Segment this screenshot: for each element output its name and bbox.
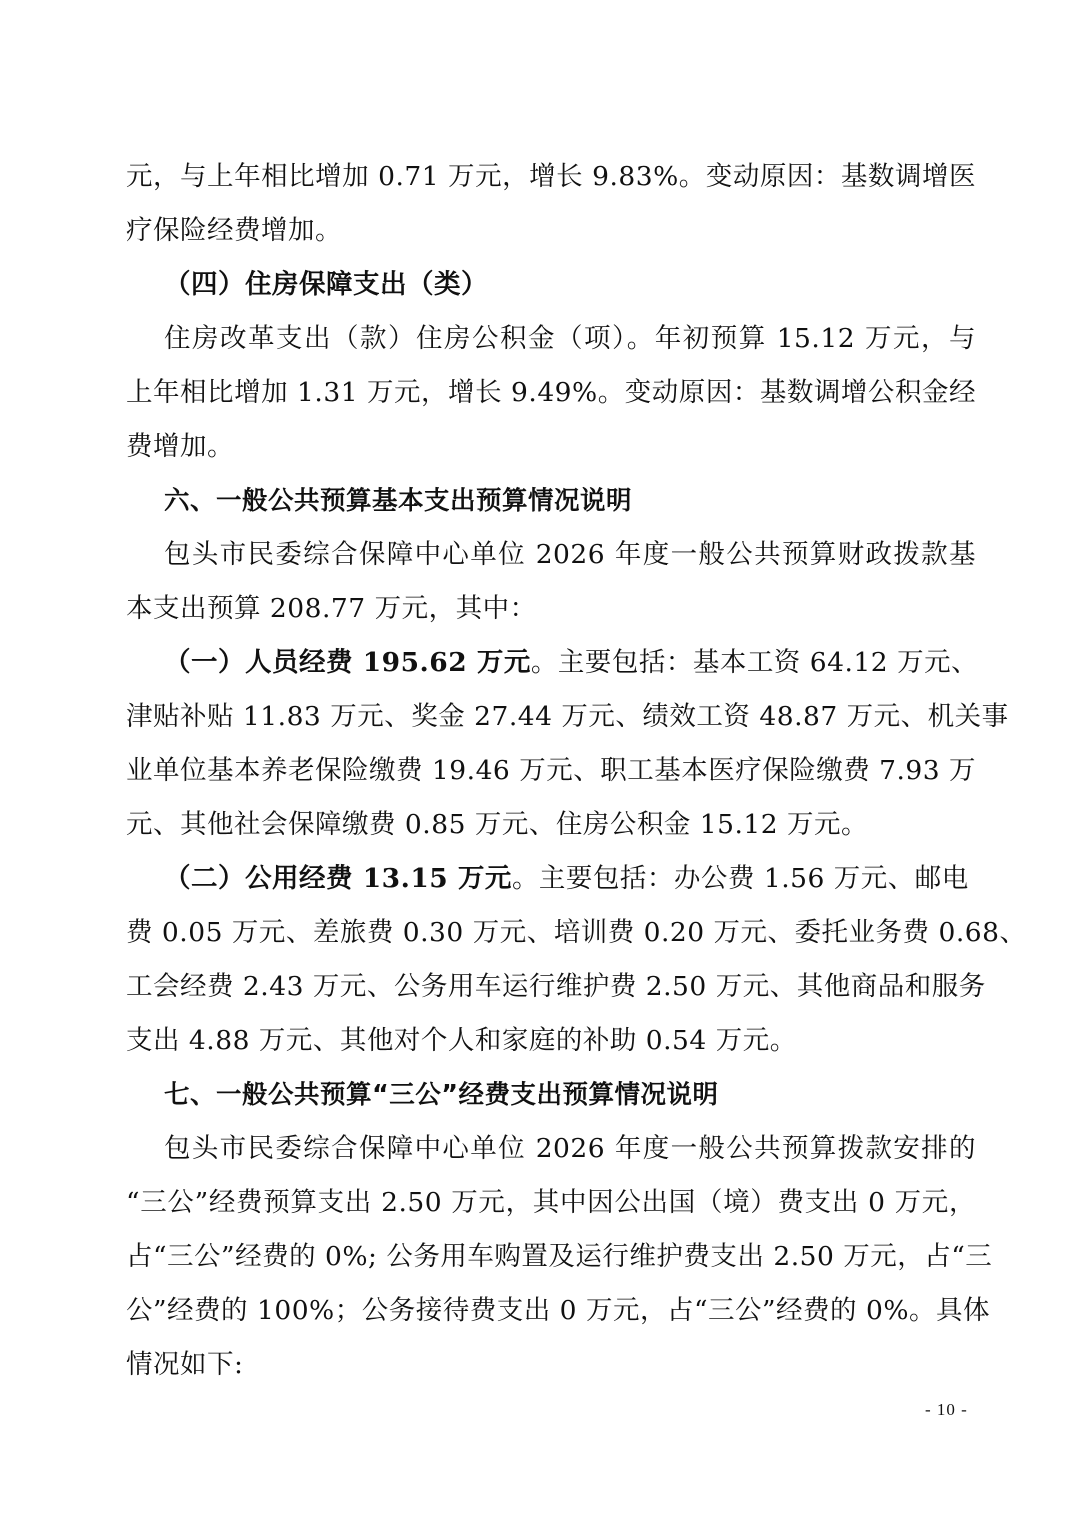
paragraph-line: 津贴补贴 11.83 万元、奖金 27.44 万元、绩效工资 48.87 万元、…	[126, 690, 976, 744]
personnel-expense-text: 。主要包括：基本工资 64.12 万元、	[531, 647, 978, 678]
paragraph-line: 业单位基本养老保险缴费 19.46 万元、职工基本医疗保险缴费 7.93 万	[126, 744, 976, 798]
paragraph-line: 元、其他社会保障缴费 0.85 万元、住房公积金 15.12 万元。	[126, 798, 868, 852]
paragraph-line: “三公”经费预算支出 2.50 万元，其中因公出国（境）费支出 0 万元，	[126, 1176, 976, 1230]
paragraph-line: 包头市民委综合保障中心单位 2026 年度一般公共预算拨款安排的	[164, 1122, 976, 1176]
paragraph-line: 占“三公”经费的 0%; 公务用车购置及运行维护费支出 2.50 万元，占“三	[126, 1230, 976, 1284]
public-expense-lead: （二）公用经费 13.15 万元	[164, 863, 512, 894]
paragraph-line: 疗保险经费增加。	[126, 204, 342, 258]
paragraph-line: 住房改革支出（款）住房公积金（项）。年初预算 15.12 万元，与	[164, 312, 976, 366]
section-heading-seven: 七、一般公共预算“三公”经费支出预算情况说明	[164, 1068, 719, 1122]
section-heading-six: 六、一般公共预算基本支出预算情况说明	[164, 474, 632, 528]
personnel-expense-line: （一）人员经费 195.62 万元。主要包括：基本工资 64.12 万元、	[164, 636, 978, 690]
subsection-heading-housing: （四）住房保障支出（类）	[164, 258, 488, 312]
paragraph-line: 元，与上年相比增加 0.71 万元，增长 9.83%。变动原因：基数调增医	[126, 150, 976, 204]
page-number: - 10 -	[925, 1400, 968, 1420]
paragraph-line: 费 0.05 万元、差旅费 0.30 万元、培训费 0.20 万元、委托业务费 …	[126, 906, 976, 960]
paragraph-line: 费增加。	[126, 420, 234, 474]
paragraph-line: 公”经费的 100%；公务接待费支出 0 万元，占“三公”经费的 0%。具体	[126, 1284, 976, 1338]
paragraph-line: 本支出预算 208.77 万元，其中：	[126, 582, 537, 636]
paragraph-line: 上年相比增加 1.31 万元，增长 9.49%。变动原因：基数调增公积金经	[126, 366, 976, 420]
public-expense-text: 。主要包括：办公费 1.56 万元、邮电	[512, 863, 969, 894]
personnel-expense-lead: （一）人员经费 195.62 万元	[164, 647, 531, 678]
public-expense-line: （二）公用经费 13.15 万元。主要包括：办公费 1.56 万元、邮电	[164, 852, 969, 906]
paragraph-line: 支出 4.88 万元、其他对个人和家庭的补助 0.54 万元。	[126, 1014, 797, 1068]
paragraph-line: 情况如下:	[126, 1338, 243, 1392]
paragraph-line: 包头市民委综合保障中心单位 2026 年度一般公共预算财政拨款基	[164, 528, 976, 582]
paragraph-line: 工会经费 2.43 万元、公务用车运行维护费 2.50 万元、其他商品和服务	[126, 960, 976, 1014]
